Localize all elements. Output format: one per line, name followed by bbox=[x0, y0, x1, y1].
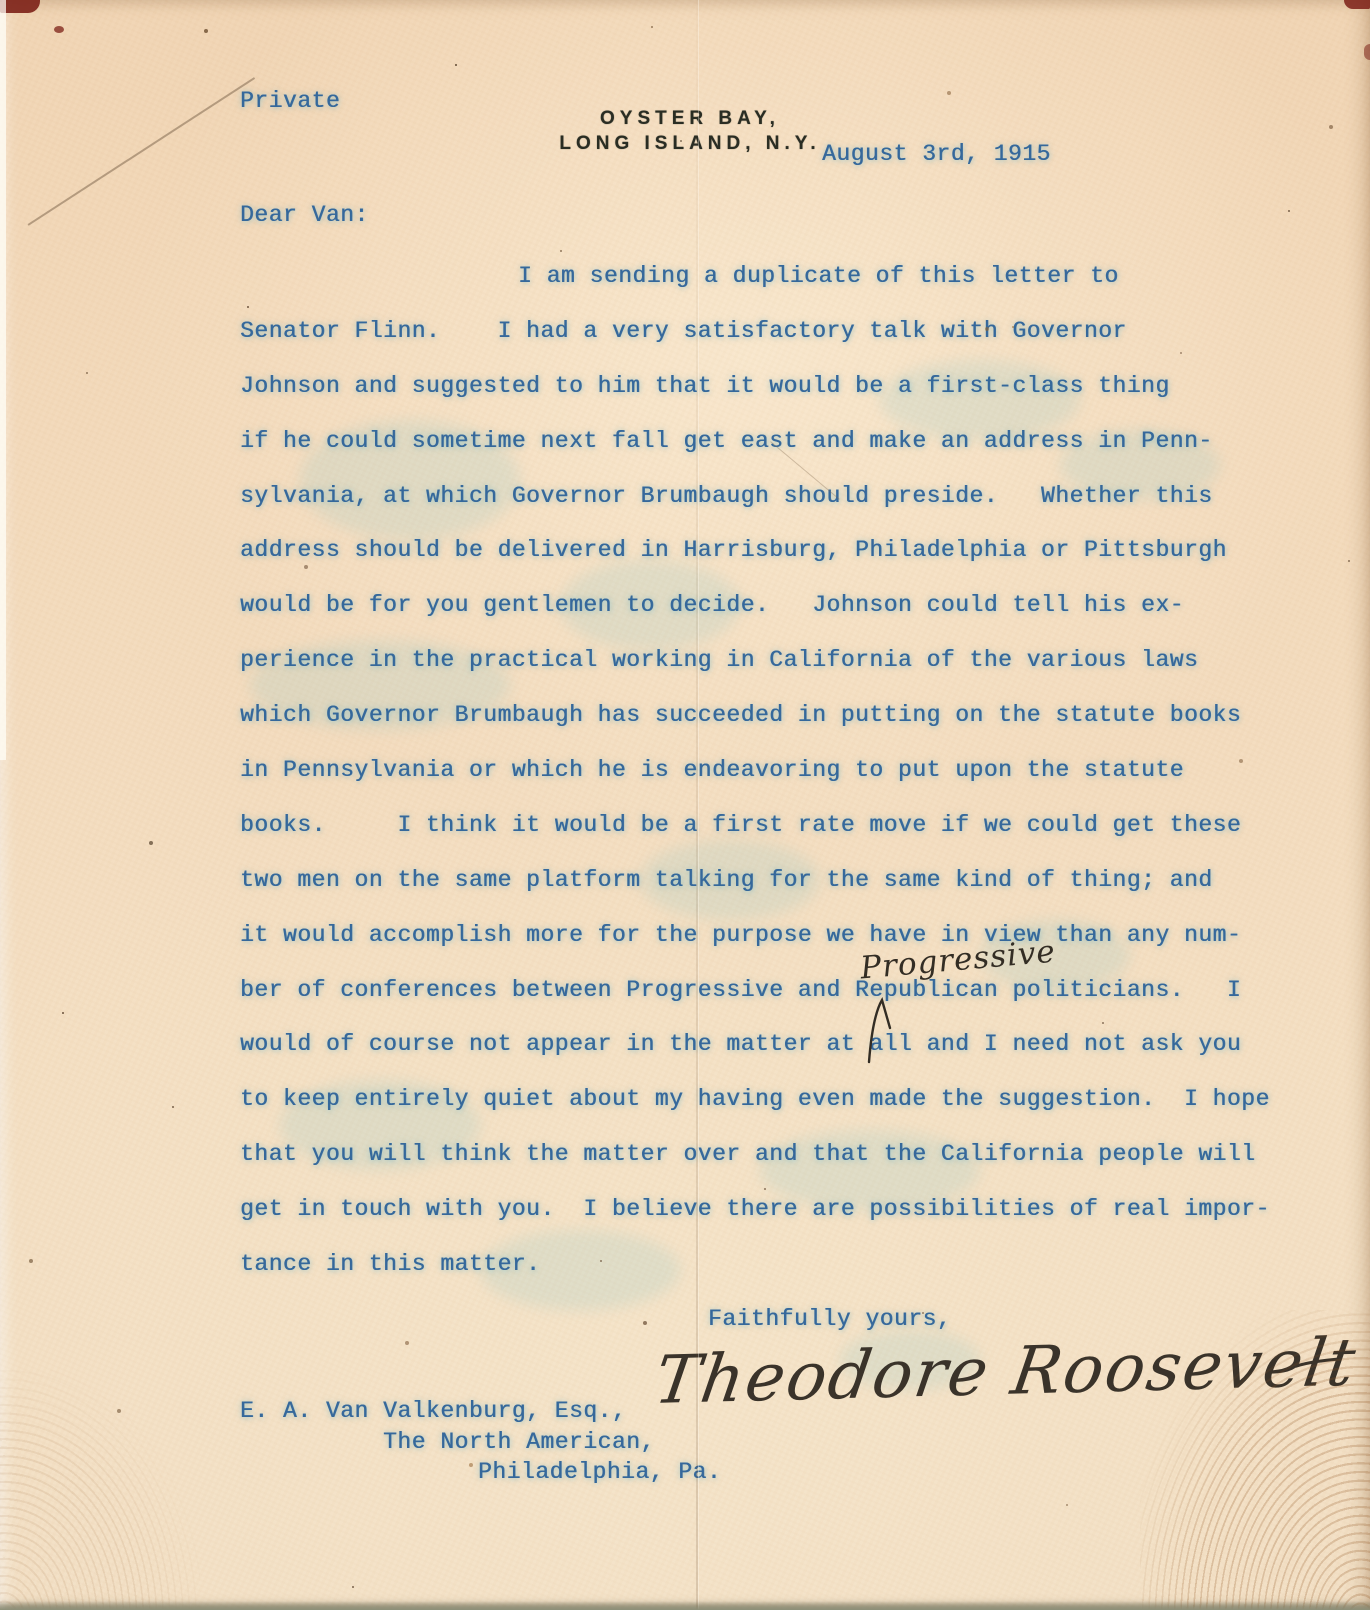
body-line: which Governor Brumbaugh has succeeded i… bbox=[240, 688, 1300, 743]
date-line: August 3rd, 1915 bbox=[822, 141, 1051, 167]
body-line: address should be delivered in Harrisbur… bbox=[240, 523, 1300, 578]
body-line: two men on the same platform talking for… bbox=[240, 853, 1300, 908]
letterhead: OYSTER BAY, LONG ISLAND, N.Y. bbox=[520, 106, 860, 156]
corner-damage bbox=[0, 0, 40, 13]
recipient-line3: Philadelphia, Pa. bbox=[478, 1459, 721, 1485]
letter-page: Private OYSTER BAY, LONG ISLAND, N.Y. Au… bbox=[0, 0, 1370, 1610]
body-line: books. I think it would be a first rate … bbox=[240, 798, 1300, 853]
letter-body: I am sending a duplicate of this letter … bbox=[240, 249, 1300, 1292]
letterhead-line1: OYSTER BAY, bbox=[520, 106, 860, 131]
body-line: get in touch with you. I believe there a… bbox=[240, 1182, 1300, 1237]
body-line: ber of conferences between Progressive a… bbox=[240, 963, 1300, 1018]
body-line: to keep entirely quiet about my having e… bbox=[240, 1072, 1300, 1127]
corner-damage bbox=[54, 26, 64, 33]
body-line: I am sending a duplicate of this letter … bbox=[240, 249, 1300, 304]
body-line: that you will think the matter over and … bbox=[240, 1127, 1300, 1182]
salutation: Dear Van: bbox=[240, 202, 369, 228]
corner-damage bbox=[1364, 44, 1370, 60]
body-line: sylvania, at which Governor Brumbaugh sh… bbox=[240, 469, 1300, 524]
scratch-mark bbox=[28, 77, 255, 225]
body-line: if he could sometime next fall get east … bbox=[240, 414, 1300, 469]
body-line: Johnson and suggested to him that it wou… bbox=[240, 359, 1300, 414]
recipient-line1: E. A. Van Valkenburg, Esq., bbox=[240, 1398, 626, 1424]
body-line: would of course not appear in the matter… bbox=[240, 1017, 1300, 1072]
body-line: would be for you gentlemen to decide. Jo… bbox=[240, 578, 1300, 633]
signature-text: Theodore Roosevelt bbox=[650, 1323, 1362, 1419]
body-line: tance in this matter. bbox=[240, 1237, 1300, 1292]
caret-mark bbox=[866, 998, 894, 1064]
privacy-label: Private bbox=[240, 88, 340, 114]
paper-specks bbox=[0, 0, 2, 2]
signature: Theodore Roosevelt bbox=[647, 1303, 1350, 1436]
fingerprint-stain bbox=[0, 1370, 200, 1610]
letterhead-line2: LONG ISLAND, N.Y. bbox=[520, 131, 860, 156]
recipient-line2: The North American, bbox=[383, 1429, 655, 1455]
body-line: in Pennsylvania or which he is endeavori… bbox=[240, 743, 1300, 798]
page-bottom-edge bbox=[0, 1601, 1370, 1610]
body-line: it would accomplish more for the purpose… bbox=[240, 908, 1300, 963]
body-line: perience in the practical working in Cal… bbox=[240, 633, 1300, 688]
body-line: Senator Flinn. I had a very satisfactory… bbox=[240, 304, 1300, 359]
corner-damage bbox=[1344, 0, 1370, 9]
page-left-edge bbox=[0, 0, 6, 760]
